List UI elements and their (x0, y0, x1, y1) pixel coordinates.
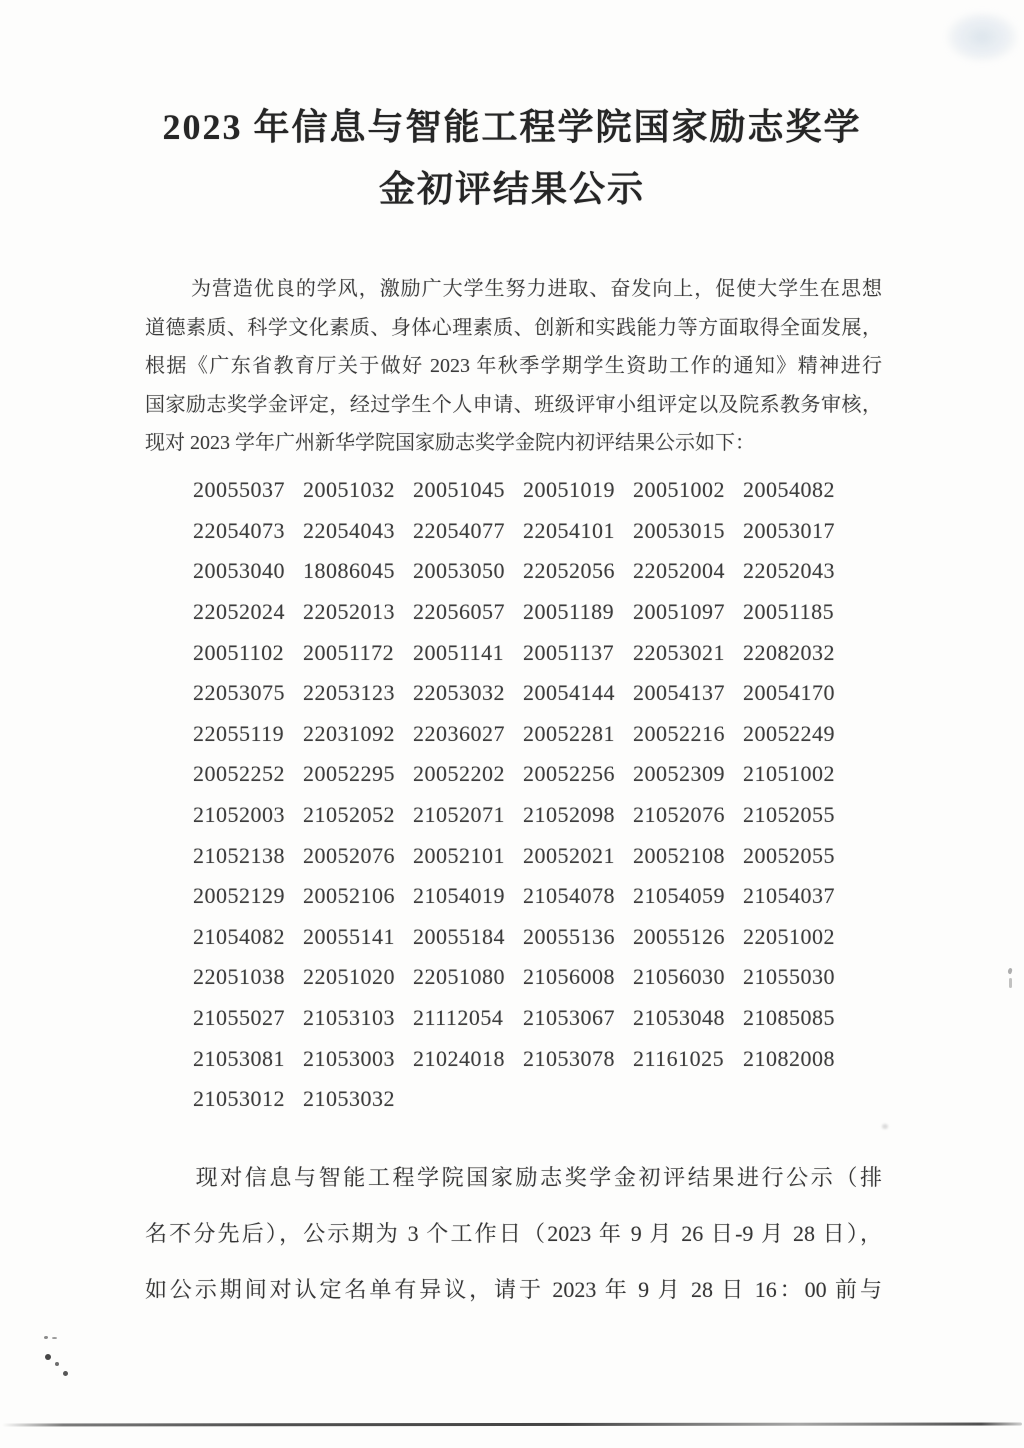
scan-speck-bottom-left (63, 1371, 68, 1376)
student-id: 20052108 (633, 843, 743, 869)
id-row: 2205103822051020220510802105600821056030… (193, 957, 873, 998)
id-row: 2005212920052106210540192105407821054059… (193, 876, 873, 917)
intro-line: 现对 2023 学年广州新华学院国家励志奖学金院内初评结果公示如下： (145, 424, 882, 463)
student-id: 22053123 (303, 680, 413, 706)
student-id: 20052202 (413, 761, 523, 787)
id-row: 2105301221053032 (193, 1079, 873, 1120)
id-row: 2005304018086045200530502205205622052004… (193, 551, 873, 592)
student-id: 21052076 (633, 802, 743, 828)
student-id: 21112054 (413, 1005, 523, 1031)
student-id: 21055027 (193, 1005, 303, 1031)
title-line-1: 2023 年信息与智能工程学院国家励志奖学 (0, 96, 1024, 158)
student-id: 20054082 (743, 477, 853, 503)
student-id: 21053032 (303, 1086, 413, 1112)
id-row: 2205407322054043220540772205410120053015… (193, 511, 873, 552)
student-id: 20052055 (743, 843, 853, 869)
student-id: 20051019 (523, 477, 633, 503)
student-id: 20052021 (523, 843, 633, 869)
scan-speck-bottom-left (44, 1336, 48, 1340)
title-line-2: 金初评结果公示 (0, 158, 1024, 220)
student-id: 20052295 (303, 761, 413, 787)
student-id: 22054101 (523, 518, 633, 544)
id-row: 2205202422052013220560572005118920051097… (193, 592, 873, 633)
student-id: 20051189 (523, 599, 633, 625)
scanned-document-page: 2023 年信息与智能工程学院国家励志奖学 金初评结果公示 为营造优良的学风，激… (0, 0, 1024, 1448)
student-id: 20052076 (303, 843, 413, 869)
intro-line: 根据《广东省教育厅关于做好 2023 年秋季学期学生资助工作的通知》精神进行 (145, 347, 882, 386)
student-id: 21085085 (743, 1005, 853, 1031)
student-id: 20052309 (633, 761, 743, 787)
student-id: 22051080 (413, 964, 523, 990)
student-id: 22056057 (413, 599, 523, 625)
student-id: 21056030 (633, 964, 743, 990)
student-id: 20051045 (413, 477, 523, 503)
closing-line: 现对信息与智能工程学院国家励志奖学金初评结果进行公示（排 (145, 1150, 882, 1206)
student-id: 21054082 (193, 924, 303, 950)
scan-smudge-top-right (946, 12, 1018, 62)
student-id: 21161025 (633, 1046, 743, 1072)
student-id: 20052256 (523, 761, 633, 787)
student-id: 22054043 (303, 518, 413, 544)
student-id: 20051137 (523, 640, 633, 666)
student-id: 21052138 (193, 843, 303, 869)
student-id: 22053021 (633, 640, 743, 666)
student-id: 22031092 (303, 721, 413, 747)
student-id: 22052056 (523, 558, 633, 584)
student-id: 20051172 (303, 640, 413, 666)
student-id: 22052043 (743, 558, 853, 584)
page-edge-scan-line (2, 1423, 1022, 1427)
student-id: 20051102 (193, 640, 303, 666)
student-id: 20052252 (193, 761, 303, 787)
student-id: 20055141 (303, 924, 413, 950)
student-id: 20051185 (743, 599, 853, 625)
student-id: 20051141 (413, 640, 523, 666)
scan-dot-faint (882, 1124, 888, 1129)
student-id: 21052098 (523, 802, 633, 828)
student-id: 21051002 (743, 761, 853, 787)
student-id: 20055184 (413, 924, 523, 950)
student-id: 21052055 (743, 802, 853, 828)
student-id: 21053048 (633, 1005, 743, 1031)
student-id: 21053103 (303, 1005, 413, 1031)
scan-speck-bottom-left (52, 1337, 57, 1339)
student-id: 20054170 (743, 680, 853, 706)
student-id: 20053050 (413, 558, 523, 584)
student-id: 22052024 (193, 599, 303, 625)
student-id: 21052052 (303, 802, 413, 828)
student-id: 21054059 (633, 883, 743, 909)
closing-paragraph: 现对信息与智能工程学院国家励志奖学金初评结果进行公示（排 名不分先后），公示期为… (145, 1150, 882, 1318)
student-id: 22051038 (193, 964, 303, 990)
student-id: 20052216 (633, 721, 743, 747)
page-title: 2023 年信息与智能工程学院国家励志奖学 金初评结果公示 (0, 96, 1024, 220)
student-id: 22051002 (743, 924, 853, 950)
student-id: 21053012 (193, 1086, 303, 1112)
scan-speck-right (1007, 968, 1013, 975)
closing-line: 名不分先后），公示期为 3 个工作日（2023 年 9 月 26 日-9 月 2… (145, 1206, 882, 1262)
student-id-grid: 2005503720051032200510452005101920051002… (193, 470, 873, 1120)
student-id: 20052101 (413, 843, 523, 869)
student-id: 20054144 (523, 680, 633, 706)
student-id: 18086045 (303, 558, 413, 584)
student-id: 21054019 (413, 883, 523, 909)
student-id: 21053078 (523, 1046, 633, 1072)
intro-line: 道德素质、科学文化素质、身体心理素质、创新和实践能力等方面取得全面发展， (145, 309, 882, 348)
student-id: 21082008 (743, 1046, 853, 1072)
student-id: 20054137 (633, 680, 743, 706)
student-id: 21053003 (303, 1046, 413, 1072)
student-id: 20052106 (303, 883, 413, 909)
student-id: 22036027 (413, 721, 523, 747)
student-id: 22052013 (303, 599, 413, 625)
student-id: 21056008 (523, 964, 633, 990)
student-id: 21053067 (523, 1005, 633, 1031)
student-id: 21055030 (743, 964, 853, 990)
student-id: 21052071 (413, 802, 523, 828)
id-row: 2005503720051032200510452005101920051002… (193, 470, 873, 511)
student-id: 20055037 (193, 477, 303, 503)
scan-speck-right (1009, 978, 1012, 988)
student-id: 20052129 (193, 883, 303, 909)
student-id: 21053081 (193, 1046, 303, 1072)
id-row: 2205511922031092220360272005228120052216… (193, 714, 873, 755)
id-row: 2005225220052295200522022005225620052309… (193, 754, 873, 795)
closing-line: 如公示期间对认定名单有异议，请于 2023 年 9 月 28 日 16：00 前… (145, 1262, 882, 1318)
student-id: 22051020 (303, 964, 413, 990)
student-id: 20051097 (633, 599, 743, 625)
student-id: 20053040 (193, 558, 303, 584)
id-row: 2105502721053103211120542105306721053048… (193, 998, 873, 1039)
student-id: 21024018 (413, 1046, 523, 1072)
student-id: 21054037 (743, 883, 853, 909)
id-row: 2005110220051172200511412005113722053021… (193, 632, 873, 673)
student-id: 22053032 (413, 680, 523, 706)
intro-line: 国家励志奖学金评定，经过学生个人申请、班级评审小组评定以及院系教务审核， (145, 386, 882, 425)
student-id: 20052249 (743, 721, 853, 747)
student-id: 20052281 (523, 721, 633, 747)
id-row: 2105308121053003210240182105307821161025… (193, 1038, 873, 1079)
student-id: 20055136 (523, 924, 633, 950)
student-id: 22052004 (633, 558, 743, 584)
id-row: 2105213820052076200521012005202120052108… (193, 835, 873, 876)
id-row: 2105408220055141200551842005513620055126… (193, 917, 873, 958)
scan-speck-bottom-left (45, 1354, 51, 1360)
id-row: 2205307522053123220530322005414420054137… (193, 673, 873, 714)
student-id: 20053015 (633, 518, 743, 544)
student-id: 20051002 (633, 477, 743, 503)
student-id: 20055126 (633, 924, 743, 950)
student-id: 22053075 (193, 680, 303, 706)
student-id: 22054077 (413, 518, 523, 544)
intro-paragraph: 为营造优良的学风，激励广大学生努力进取、奋发向上，促使大学生在思想 道德素质、科… (145, 270, 882, 463)
student-id: 21054078 (523, 883, 633, 909)
student-id: 20051032 (303, 477, 413, 503)
student-id: 20053017 (743, 518, 853, 544)
student-id: 22054073 (193, 518, 303, 544)
student-id: 22055119 (193, 721, 303, 747)
id-row: 2105200321052052210520712105209821052076… (193, 795, 873, 836)
scan-speck-bottom-left (55, 1362, 59, 1366)
student-id: 22082032 (743, 640, 853, 666)
intro-line: 为营造优良的学风，激励广大学生努力进取、奋发向上，促使大学生在思想 (145, 270, 882, 309)
student-id: 21052003 (193, 802, 303, 828)
